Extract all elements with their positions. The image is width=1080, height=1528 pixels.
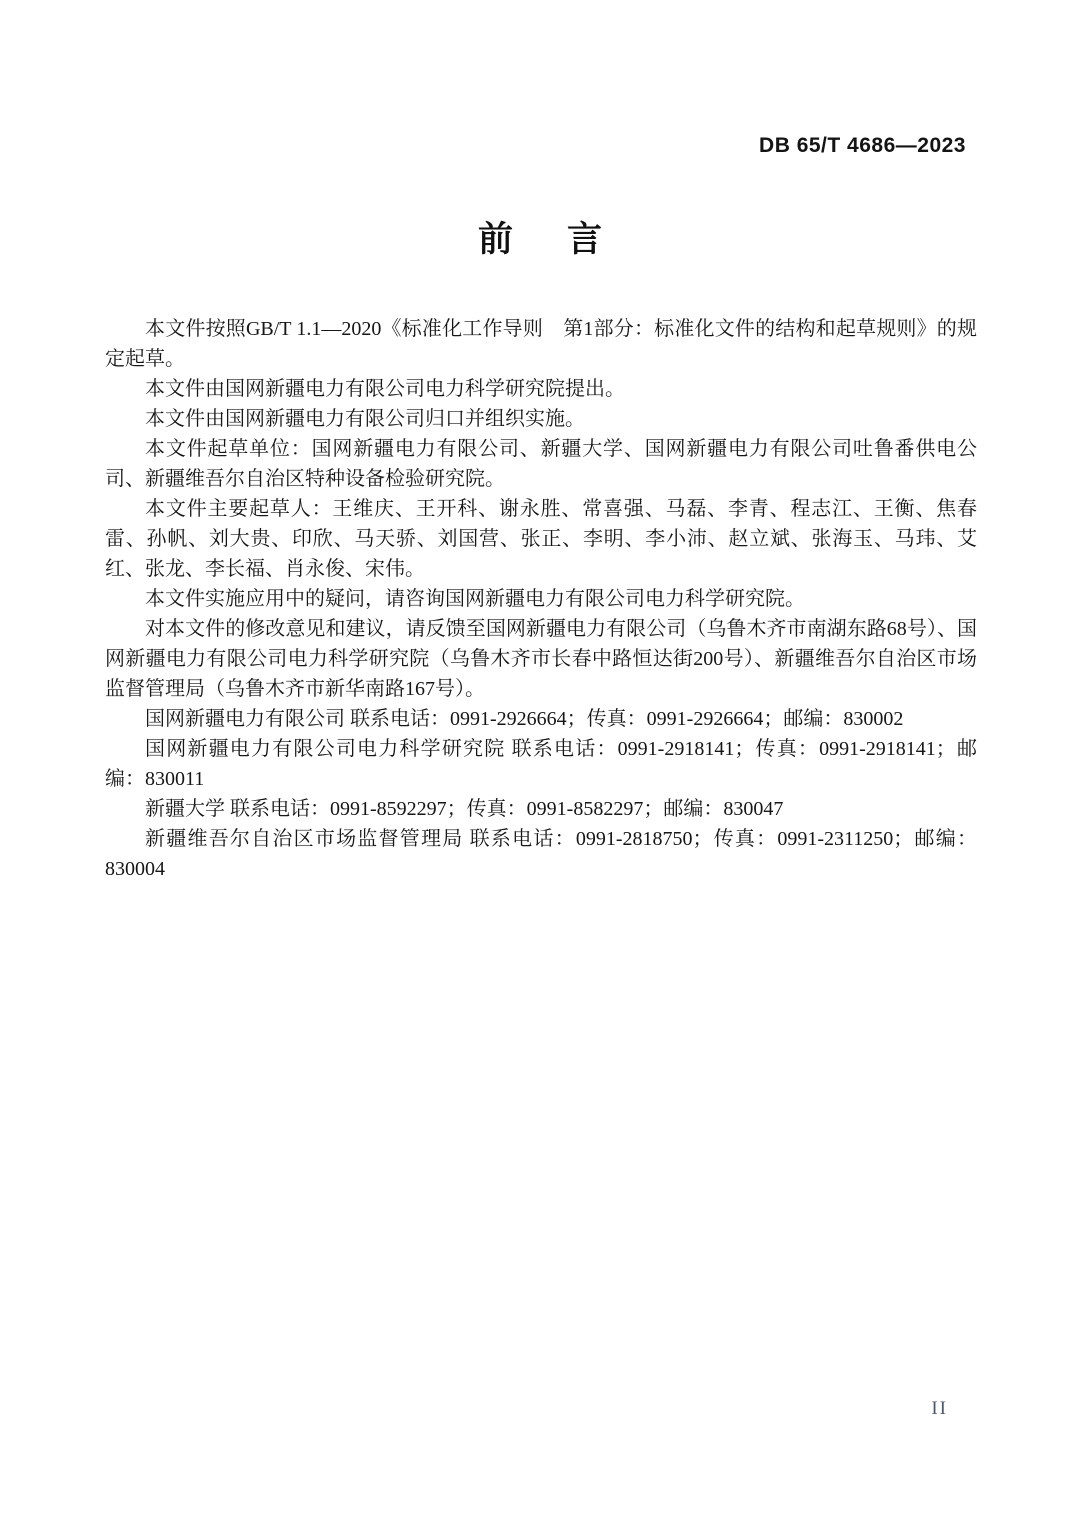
document-page: DB 65/T 4686—2023 前 言 本文件按照GB/T 1.1—2020… — [0, 0, 1080, 1528]
paragraph-main-drafters: 本文件主要起草人：王维庆、王开科、谢永胜、常喜强、马磊、李青、程志江、王衡、焦春… — [105, 494, 977, 584]
foreword-body: 本文件按照GB/T 1.1—2020《标准化工作导则 第1部分：标准化文件的结构… — [105, 314, 977, 884]
paragraph-drafting-rule: 本文件按照GB/T 1.1—2020《标准化工作导则 第1部分：标准化文件的结构… — [105, 314, 977, 374]
page-number: II — [931, 1398, 948, 1420]
paragraph-contact-university: 新疆大学 联系电话：0991-8592297；传真：0991-8582297；邮… — [105, 794, 977, 824]
paragraph-contact-market-regulator: 新疆维吾尔自治区市场监督管理局 联系电话：0991-2818750；传真：099… — [105, 824, 977, 884]
paragraph-inquiry: 本文件实施应用中的疑问，请咨询国网新疆电力有限公司电力科学研究院。 — [105, 584, 977, 614]
paragraph-feedback-addresses: 对本文件的修改意见和建议，请反馈至国网新疆电力有限公司（乌鲁木齐市南湖东路68号… — [105, 614, 977, 704]
paragraph-contact-research-institute: 国网新疆电力有限公司电力科学研究院 联系电话：0991-2918141；传真：0… — [105, 734, 977, 794]
page-title-char-2: 言 — [567, 218, 602, 262]
paragraph-drafting-organizations: 本文件起草单位：国网新疆电力有限公司、新疆大学、国网新疆电力有限公司吐鲁番供电公… — [105, 434, 977, 494]
paragraph-administered-by: 本文件由国网新疆电力有限公司归口并组织实施。 — [105, 404, 977, 434]
page-title: 前 言 — [0, 218, 1080, 262]
paragraph-contact-company: 国网新疆电力有限公司 联系电话：0991-2926664；传真：0991-292… — [105, 704, 977, 734]
page-title-char-1: 前 — [478, 218, 513, 262]
standard-number: DB 65/T 4686—2023 — [759, 134, 966, 158]
paragraph-proposed-by: 本文件由国网新疆电力有限公司电力科学研究院提出。 — [105, 374, 977, 404]
